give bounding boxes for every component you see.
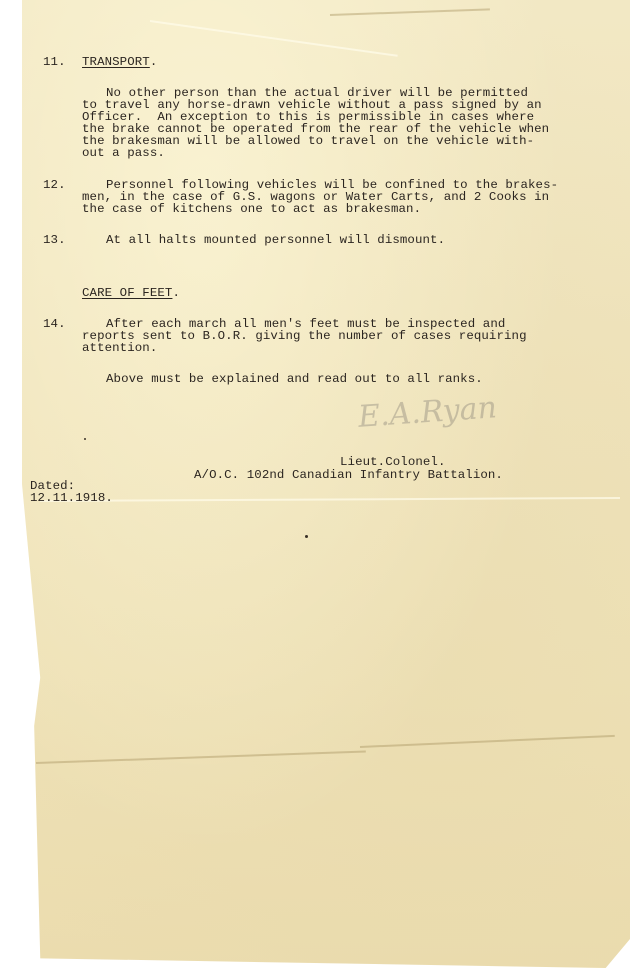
section-number: 14. bbox=[43, 319, 66, 331]
heading-text: TRANSPORT bbox=[82, 55, 150, 69]
paragraph-line: attention. bbox=[82, 343, 157, 355]
closing-note: Above must be explained and read out to … bbox=[106, 374, 483, 386]
section-heading-care-of-feet: CARE OF FEET. bbox=[82, 288, 180, 300]
date-value: 12.11.1918. bbox=[30, 493, 113, 505]
ink-speck bbox=[305, 535, 308, 538]
section-number: 13. bbox=[43, 235, 66, 247]
paragraph-line: the case of kitchens one to act as brake… bbox=[82, 204, 421, 216]
section-heading-transport: TRANSPORT. bbox=[82, 57, 157, 69]
ink-speck bbox=[84, 438, 86, 440]
document-page: 11. TRANSPORT. No other person than the … bbox=[0, 0, 630, 972]
heading-text: CARE OF FEET bbox=[82, 286, 172, 300]
section-number: 12. bbox=[43, 180, 66, 192]
section-number: 11. bbox=[43, 57, 66, 69]
heading-suffix: . bbox=[172, 286, 180, 300]
heading-suffix: . bbox=[150, 55, 158, 69]
paragraph-line: out a pass. bbox=[82, 148, 165, 160]
signatory-rank: Lieut.Colonel. bbox=[340, 457, 446, 469]
signatory-title: A/O.C. 102nd Canadian Infantry Battalion… bbox=[194, 470, 503, 482]
paragraph-line: At all halts mounted personnel will dism… bbox=[106, 235, 445, 247]
